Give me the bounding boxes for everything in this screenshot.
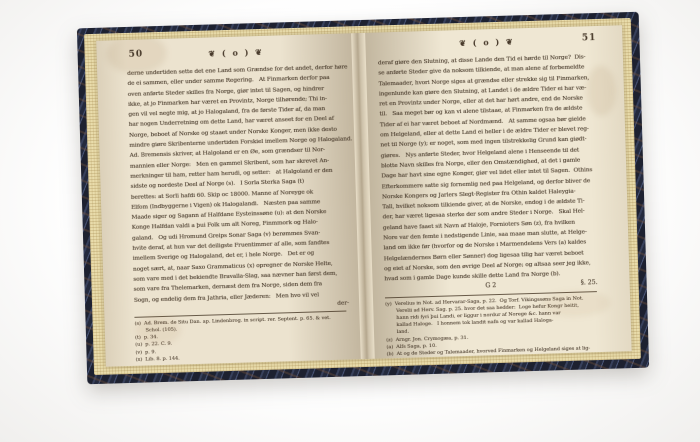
body-text-right: deraf giøre den Slutning, at disse Lande… <box>378 52 604 285</box>
page-number-left: 50 <box>129 49 144 59</box>
page-left: 50 ❦ ( o ) ❦ derne undertiden sette det … <box>96 33 361 366</box>
page-right: ❦ ( o ) ❦ 51 deraf giøre den Slutning, a… <box>365 25 632 358</box>
header-ornament-left-icon: ❦ ( o ) ❦ <box>208 47 264 59</box>
body-text-left: derne undertiden sette det ene Land som … <box>127 62 353 305</box>
open-spread: 50 ❦ ( o ) ❦ derne undertiden sette det … <box>96 25 631 366</box>
header-ornament-right-icon: ❦ ( o ) ❦ <box>459 36 515 48</box>
book: 50 ❦ ( o ) ❦ derne undertiden sette det … <box>77 12 649 385</box>
paper-stain <box>585 65 616 116</box>
book-photograph: 50 ❦ ( o ) ❦ derne undertiden sette det … <box>0 0 700 442</box>
page-number-right: 51 <box>582 33 597 43</box>
gathering-signature: G 2 <box>485 282 496 289</box>
section-mark: §. 25. <box>581 279 598 286</box>
